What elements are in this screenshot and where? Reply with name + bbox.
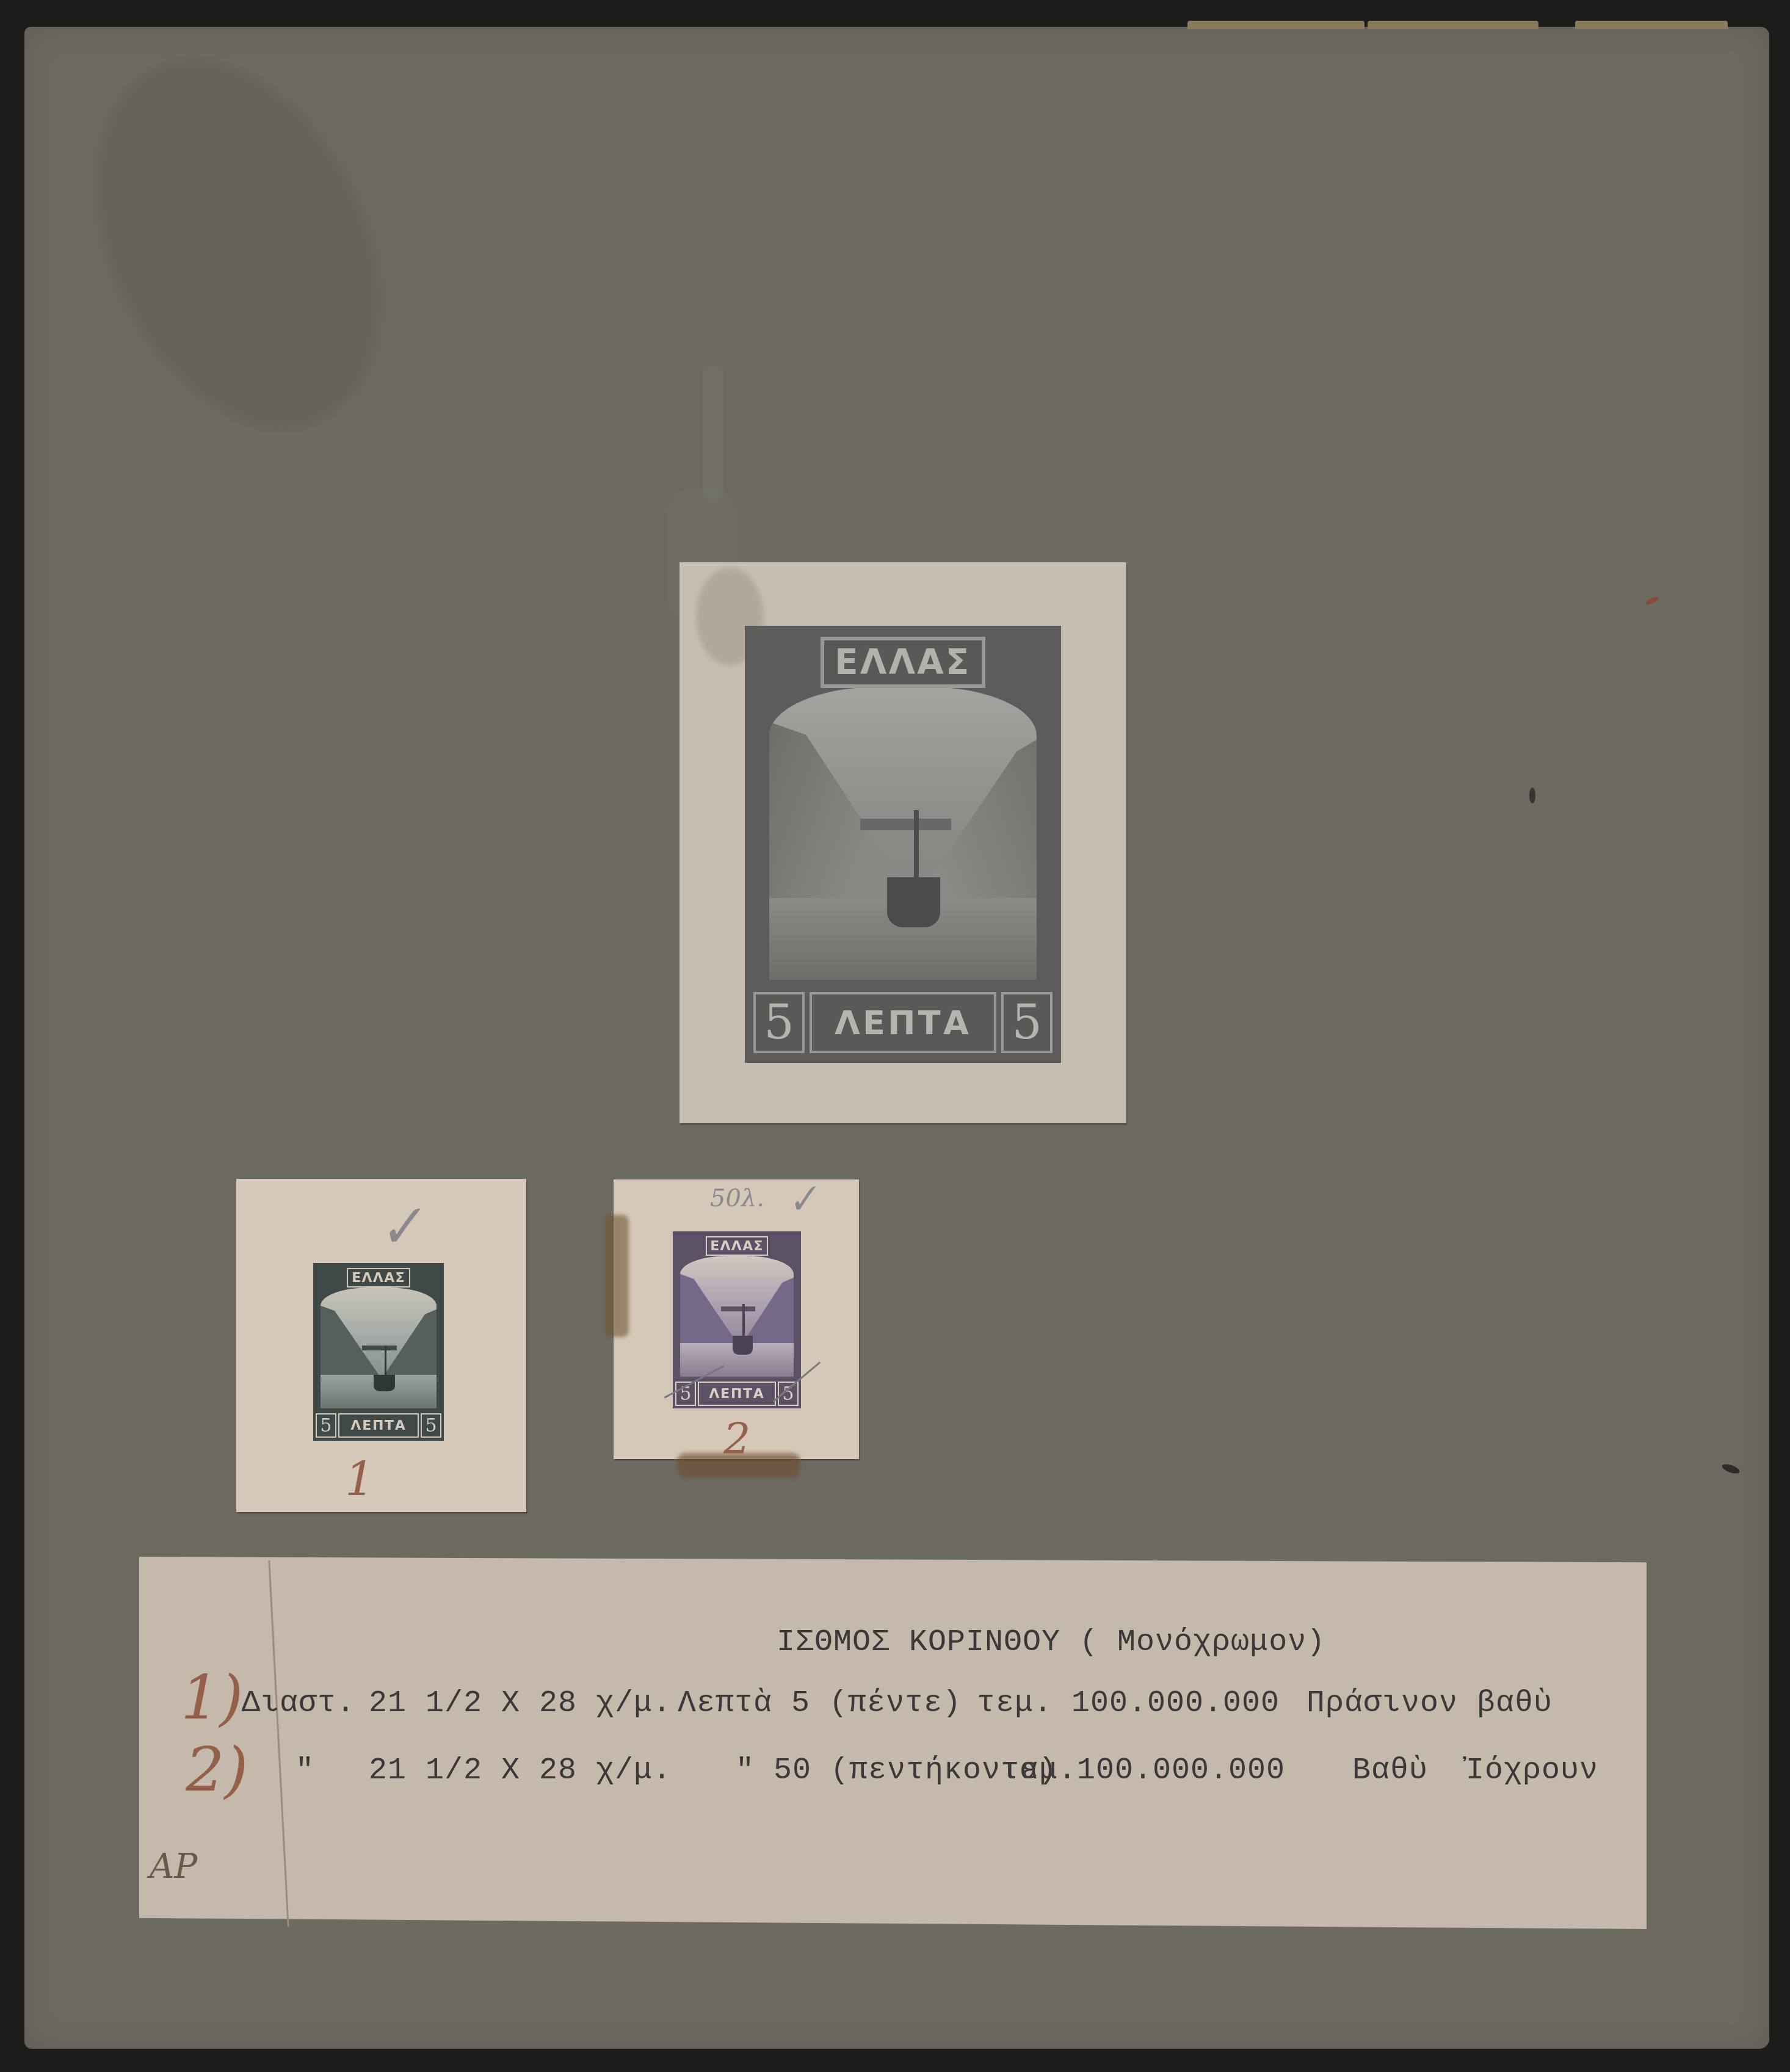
pencil-check-mark: ✓ bbox=[373, 1192, 427, 1262]
board-tab bbox=[1575, 21, 1728, 29]
board-tab bbox=[1187, 21, 1364, 29]
country-label: ΕΛΛΑΣ bbox=[347, 1268, 410, 1288]
value-word: ΛΕΠΤΑ bbox=[698, 1382, 776, 1406]
row-2-color: Βαθὺ Ἰόχρουν bbox=[1352, 1753, 1598, 1788]
row-2-prefix: " bbox=[295, 1753, 314, 1788]
row-1-prefix: Διαστ. bbox=[242, 1686, 355, 1721]
value-word: ΛΕΠΤΑ bbox=[338, 1413, 419, 1438]
pencil-note: 50λ. bbox=[710, 1184, 764, 1212]
row-marker-1: 1) bbox=[181, 1662, 244, 1733]
glue-stain bbox=[604, 1215, 629, 1337]
country-label: ΕΛΛΑΣ bbox=[706, 1236, 768, 1256]
water-stain-drip bbox=[702, 366, 724, 501]
ink-number-2: 2 bbox=[723, 1414, 751, 1464]
monogram-signature: ΑΡ bbox=[150, 1847, 197, 1886]
row-1-dimensions: 21 1/2 X 28 χ/μ. bbox=[369, 1686, 672, 1721]
row-2-dimensions: 21 1/2 X 28 χ/μ. bbox=[369, 1753, 672, 1788]
large-stamp-proof: ΕΛΛΑΣ 5 ΛΕΠΤΑ 5 bbox=[745, 626, 1061, 1063]
stamp-proof-1: ΕΛΛΑΣ 5 ΛΕΠΤΑ 5 bbox=[313, 1263, 444, 1441]
value-numeral-right: 5 bbox=[1001, 992, 1053, 1053]
typed-description-label bbox=[139, 1557, 1647, 1929]
corinth-canal-scene bbox=[769, 687, 1037, 980]
corinth-canal-scene bbox=[680, 1256, 794, 1377]
label-title: ΙΣΘΜΟΣ ΚΟΡΙΝΘΟΥ ( Μονόχρωμον) bbox=[777, 1625, 1325, 1660]
row-1-denomination: Λεπτὰ 5 (πέντε) bbox=[678, 1686, 962, 1721]
value-bar: 5 ΛΕΠΤΑ 5 bbox=[316, 1413, 441, 1438]
corinth-canal-scene bbox=[321, 1288, 437, 1408]
row-1-quantity: τεμ. 100.000.000 bbox=[977, 1686, 1280, 1721]
value-numeral-left: 5 bbox=[753, 992, 805, 1053]
row-marker-2: 2) bbox=[186, 1734, 248, 1805]
ink-number-1: 1 bbox=[345, 1452, 374, 1506]
board-tab bbox=[1368, 21, 1538, 29]
value-bar: 5 ΛΕΠΤΑ 5 bbox=[753, 992, 1053, 1053]
value-numeral-left: 5 bbox=[316, 1413, 336, 1438]
value-numeral-right: 5 bbox=[421, 1413, 441, 1438]
value-word: ΛΕΠΤΑ bbox=[810, 992, 996, 1053]
row-1-color: Πράσινον βαθὺ bbox=[1306, 1686, 1553, 1721]
ink-speck bbox=[1529, 788, 1535, 803]
row-2-quantity: τεμ.100.000.000 bbox=[1001, 1753, 1285, 1788]
country-label: ΕΛΛΑΣ bbox=[821, 637, 985, 688]
